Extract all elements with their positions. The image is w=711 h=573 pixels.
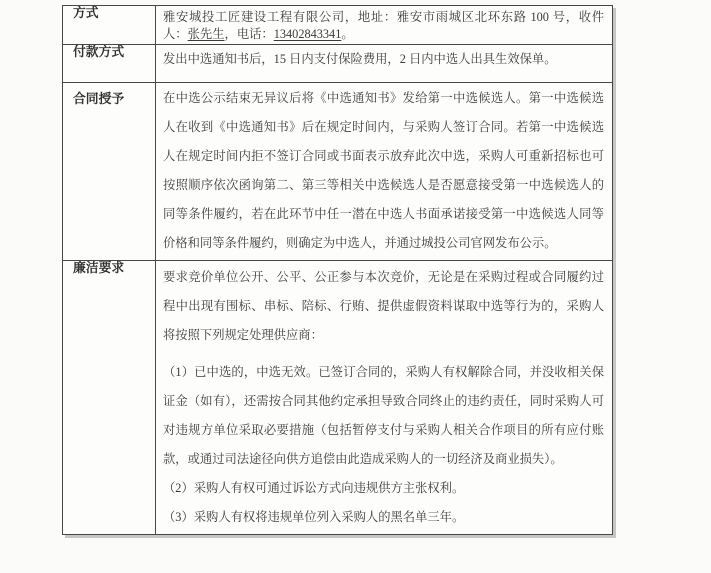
- table-row: 付款方式发出中选通知书后，15 日内支付保险费用，2 日内中选人出具生效保单。: [63, 45, 613, 83]
- content-paragraph: 雅安城投工匠建设工程有限公司，地址：雅安市雨城区北环东路 100 号，收件人：张…: [163, 9, 604, 42]
- row-label: 付款方式: [63, 45, 156, 83]
- text-segment: （2）采购人有权可通过诉讼方式向违规供方主张权利。: [163, 481, 464, 495]
- table-row: 廉洁要求要求竞价单位公开、公平、公正参与本次竞价，无论是在采购过程或合同履约过程…: [63, 261, 613, 535]
- document-body: 方式雅安城投工匠建设工程有限公司，地址：雅安市雨城区北环东路 100 号，收件人…: [62, 5, 613, 535]
- text-segment: （1）已中选的，中选无效。已签订合同的，采购人有权解除合同，并没收相关保证金（如…: [163, 365, 604, 466]
- document-scan-page: { "page": { "background": "#fbfbfa", "ta…: [0, 0, 711, 573]
- row-label: 合同授予: [63, 83, 156, 261]
- row-label: 廉洁要求: [63, 261, 156, 535]
- text-segment: ，电话：: [225, 27, 274, 41]
- text-segment: 发出中选通知书后，15 日内支付保险费用，2 日内中选人出具生效保单。: [163, 52, 557, 66]
- table-row: 合同授予在中选公示结束无异议后将《中选通知书》发给第一中选候选人。第一中选候选人…: [63, 83, 613, 261]
- underlined-text: 13402843341: [274, 27, 342, 41]
- text-segment: （3）采购人有权将违规单位列入采购人的黑名单三年。: [163, 510, 464, 524]
- text-segment: 要求竞价单位公开、公平、公正参与本次竞价，无论是在采购过程或合同履约过程中出现有…: [163, 270, 604, 342]
- row-label: 方式: [63, 6, 156, 45]
- underlined-text: 张先生: [188, 27, 225, 41]
- row-content: 要求竞价单位公开、公平、公正参与本次竞价，无论是在采购过程或合同履约过程中出现有…: [156, 261, 613, 535]
- text-segment: 在中选公示结束无异议后将《中选通知书》发给第一中选候选人。第一中选候选人在收到《…: [163, 91, 604, 250]
- content-paragraph: 发出中选通知书后，15 日内支付保险费用，2 日内中选人出具生效保单。: [163, 51, 604, 68]
- procurement-terms-table: 方式雅安城投工匠建设工程有限公司，地址：雅安市雨城区北环东路 100 号，收件人…: [62, 5, 613, 535]
- row-content: 发出中选通知书后，15 日内支付保险费用，2 日内中选人出具生效保单。: [156, 45, 613, 83]
- table-row: 方式雅安城投工匠建设工程有限公司，地址：雅安市雨城区北环东路 100 号，收件人…: [63, 6, 613, 45]
- content-paragraph: （3）采购人有权将违规单位列入采购人的黑名单三年。: [163, 503, 604, 532]
- content-paragraph: （2）采购人有权可通过诉讼方式向违规供方主张权利。: [163, 474, 604, 503]
- content-paragraph: 要求竞价单位公开、公平、公正参与本次竞价，无论是在采购过程或合同履约过程中出现有…: [163, 263, 604, 350]
- content-paragraph: （1）已中选的，中选无效。已签订合同的，采购人有权解除合同，并没收相关保证金（如…: [163, 358, 604, 474]
- table-body: 方式雅安城投工匠建设工程有限公司，地址：雅安市雨城区北环东路 100 号，收件人…: [63, 6, 613, 535]
- row-content: 在中选公示结束无异议后将《中选通知书》发给第一中选候选人。第一中选候选人在收到《…: [156, 83, 613, 261]
- content-paragraph: 在中选公示结束无异议后将《中选通知书》发给第一中选候选人。第一中选候选人在收到《…: [163, 84, 604, 258]
- row-content: 雅安城投工匠建设工程有限公司，地址：雅安市雨城区北环东路 100 号，收件人：张…: [156, 6, 613, 45]
- text-segment: 。: [341, 27, 353, 41]
